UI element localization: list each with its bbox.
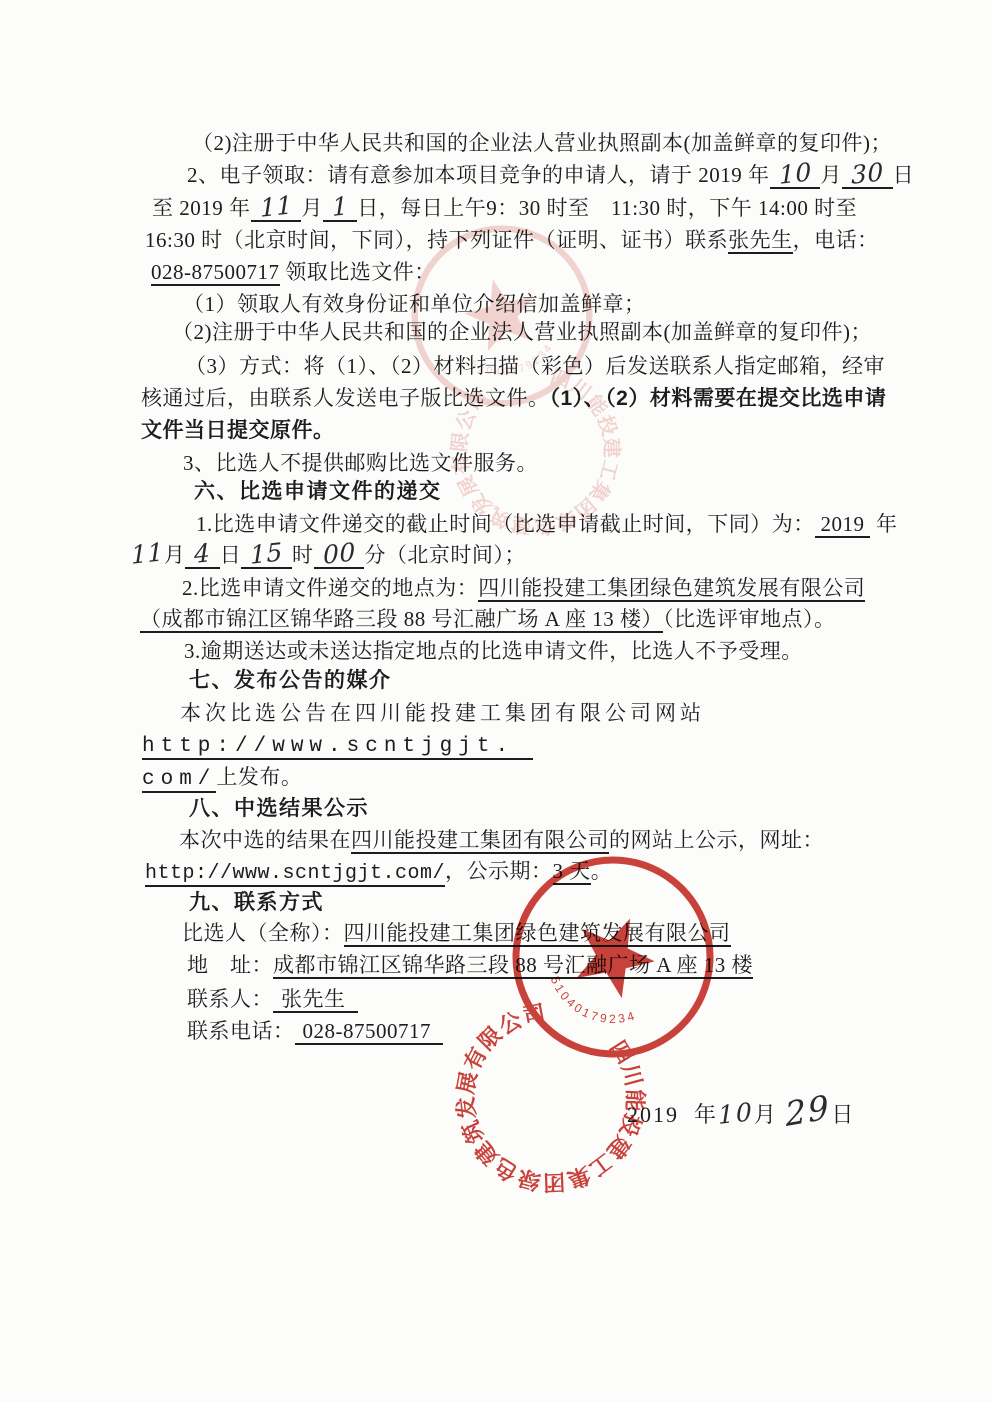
text: 月 (754, 1102, 786, 1127)
text: 上发布。 (216, 765, 302, 789)
handwritten-month: 11 (259, 192, 293, 220)
paragraph-late-delivery: 3.逾期送达或未送达指定地点的比选申请文件，比选人不予受理。 (184, 636, 803, 666)
heading-text: 八、中选结果公示 (189, 797, 369, 820)
text: 核通过后，由联系人发送电子版比选文件。 (141, 386, 550, 410)
url-underlined: http://www.scntjgjt.com/ (145, 862, 445, 887)
phone-number-underlined: 028-87500717 (151, 260, 280, 286)
signature-date: 2019 年10月 29日 (627, 1094, 855, 1130)
paragraph-submission-address: （成都市锦江区锦华路三段 88 号汇融广场 A 座 13 楼）（比选评审地点）。 (140, 604, 836, 634)
address-underlined: （成都市锦江区锦华路三段 88 号汇融广场 A 座 13 楼） (140, 607, 663, 633)
text: 2、电子领取：请有意参加本项目竞争的申请人，请于 2019 年 (187, 163, 770, 187)
paragraph-url-part2: com/上发布。 (142, 762, 302, 795)
publicity-days-underlined: 3 天 (553, 859, 591, 885)
text: ，电话： (793, 228, 879, 252)
text: （2)注册于中华人民共和国的企业法人营业执照副本(加盖鲜章的复印件)； (172, 320, 872, 344)
paragraph-submission-place: 2.比选申请文件递交的地点为：四川能投建工集团绿色建筑发展有限公司 (182, 573, 865, 603)
scanned-document-page: （2)注册于中华人民共和国的企业法人营业执照副本(加盖鲜章的复印件)； 2、电子… (0, 0, 992, 1402)
text: 本次中选的结果在 (179, 828, 351, 852)
text: 日，每日上午9：30 时至 11:30 时，下午 14:00 时至 (357, 196, 857, 220)
handwritten-month: 10 (718, 1099, 754, 1128)
heading-section-9: 九、联系方式 (189, 888, 324, 918)
handwritten-month: 10 (778, 159, 812, 187)
entity-name-underlined: 四川能投建工集团绿色建筑发展有限公司 (344, 921, 731, 947)
paragraph-result-publicity: 本次中选的结果在四川能投建工集团有限公司的网站上公示，网址： (179, 825, 824, 855)
text: 时 (292, 543, 314, 567)
text: 至 2019 年 (152, 196, 251, 220)
handwritten-day: 30 (850, 159, 884, 187)
paragraph-pickup-time: 16:30 时（北京时间，下同），持下列证件（证明、证书）联系张先生，电话： (145, 225, 879, 255)
text: 领取比选文件： (280, 260, 436, 284)
paragraph-license-copy: （2)注册于中华人民共和国的企业法人营业执照副本(加盖鲜章的复印件)； (192, 128, 892, 158)
text: 日 (893, 163, 915, 187)
blank-day: 4 (185, 543, 219, 569)
contact-row-entity: 比选人（全称）：四川能投建工集团绿色建筑发展有限公司 (182, 918, 731, 948)
label: 联系人： (187, 987, 273, 1011)
paragraph-phone: 028-87500717 领取比选文件： (151, 257, 436, 287)
text: （2)注册于中华人民共和国的企业法人营业执照副本(加盖鲜章的复印件)； (192, 131, 892, 155)
paragraph-pickup-period: 至 2019 年11月1日，每日上午9：30 时至 11:30 时，下午 14:… (152, 193, 857, 223)
handwritten-hour: 15 (250, 539, 284, 567)
heading-text: 六、比选申请文件的递交 (194, 480, 442, 503)
paragraph-electronic-pickup: 2、电子领取：请有意参加本项目竞争的申请人，请于 2019 年10月30日 (187, 160, 914, 190)
blank-day: 1 (323, 196, 357, 222)
contact-row-address: 地 址：成都市锦江区锦华路三段 88 号汇融广场 A 座 13 楼 (187, 950, 753, 980)
person-underlined: 张先生 (273, 987, 358, 1013)
blank-hour: 15 (241, 543, 292, 569)
paragraph-deadline: 1.比选申请文件递交的截止时间（比选申请截止时间，下同）为： 2019 年 (196, 509, 898, 539)
heading-section-8: 八、中选结果公示 (189, 794, 369, 824)
paragraph-original-required: 文件当日提交原件。 (141, 415, 335, 446)
text: 16:30 时（北京时间，下同），持下列证件（证明、证书）联系 (145, 228, 728, 252)
paragraph-scan-method: （3）方式：将（1）、（2）材料扫描（彩色）后发送联系人指定邮箱，经审 (185, 351, 885, 381)
label: 联系电话： (187, 1019, 295, 1043)
text: 日 (831, 1102, 855, 1127)
text: （比选评审地点）。 (663, 607, 836, 631)
text: 1.比选申请文件递交的截止时间（比选申请截止时间，下同）为： (196, 512, 815, 536)
text: 3、比选人不提供邮购比选文件服务。 (183, 451, 538, 475)
blank-month: 10 (770, 163, 821, 189)
text: 月 (820, 163, 842, 187)
paragraph-announcement-site: 本次比选公告在四川能投建工集团有限公司网站 (180, 698, 705, 728)
label: 地 址： (187, 953, 273, 977)
bold-original-required: （1）、（2）材料需要在提交比选申请 (550, 387, 887, 410)
company-name-underlined: 四川能投建工集团有限公司 (351, 828, 609, 854)
text: （1）领取人有效身份证和单位介绍信加盖鲜章； (183, 292, 646, 316)
bold-original-required-2: 文件当日提交原件。 (141, 419, 335, 442)
paragraph-review-send: 核通过后，由联系人发送电子版比选文件。（1）、（2）材料需要在提交比选申请 (141, 383, 886, 414)
heading-text: 九、联系方式 (189, 891, 324, 914)
text: 分（北京时间）； (364, 543, 526, 567)
contact-row-person: 联系人：张先生 (187, 984, 358, 1014)
text: 。 (591, 859, 613, 883)
text: 2.比选申请文件递交的地点为： (182, 576, 478, 600)
contact-name-underlined: 张先生 (728, 228, 793, 254)
text: 年 (870, 512, 897, 536)
company-name-underlined: 四川能投建工集团绿色建筑发展有限公司 (478, 576, 865, 602)
paragraph-id-requirement: （1）领取人有效身份证和单位介绍信加盖鲜章； (183, 289, 646, 319)
year-underlined: 2019 (815, 512, 871, 538)
handwritten-minute: 00 (322, 539, 356, 567)
label: 比选人（全称）： (182, 921, 344, 945)
blank-minute: 00 (314, 543, 365, 569)
text: 2019 年 (627, 1102, 718, 1127)
address-underlined: 成都市锦江区锦华路三段 88 号汇融广场 A 座 13 楼 (273, 953, 753, 979)
url-underlined: com/ (142, 768, 216, 793)
text: ，公示期： (445, 859, 553, 883)
text: 月 (301, 196, 323, 220)
text: 的网站上公示，网址： (609, 828, 824, 852)
paragraph-url-part1: http://www.scntjgjt. (142, 732, 533, 762)
paragraph-no-mail-order: 3、比选人不提供邮购比选文件服务。 (183, 448, 538, 478)
handwritten-day: 29 (785, 1090, 833, 1131)
paragraph-deadline-datetime: 11月4日15时00分（北京时间）； (131, 540, 526, 570)
heading-text: 七、发布公告的媒介 (189, 669, 392, 692)
blank-month: 11 (251, 196, 302, 222)
text: 本次比选公告在四川能投建工集团有限公司网站 (180, 701, 705, 725)
url-underlined: http://www.scntjgjt. (142, 735, 533, 760)
phone-underlined: 028-87500717 (295, 1019, 444, 1045)
handwritten-day: 1 (331, 193, 348, 220)
heading-section-6: 六、比选申请文件的递交 (194, 477, 442, 507)
handwritten-month: 11 (131, 539, 165, 567)
paragraph-license-copy-2: （2)注册于中华人民共和国的企业法人营业执照副本(加盖鲜章的复印件)； (172, 317, 872, 347)
paragraph-result-url: http://www.scntjgjt.com/，公示期：3 天。 (145, 856, 612, 889)
contact-row-phone: 联系电话：028-87500717 (187, 1016, 443, 1046)
text: 月 (164, 543, 186, 567)
text: （3）方式：将（1）、（2）材料扫描（彩色）后发送联系人指定邮箱，经审 (185, 354, 885, 378)
heading-section-7: 七、发布公告的媒介 (189, 666, 392, 696)
text: 日 (220, 543, 242, 567)
blank-day: 30 (842, 163, 893, 189)
handwritten-day: 4 (194, 540, 211, 567)
text: 3.逾期送达或未送达指定地点的比选申请文件，比选人不予受理。 (184, 639, 803, 663)
